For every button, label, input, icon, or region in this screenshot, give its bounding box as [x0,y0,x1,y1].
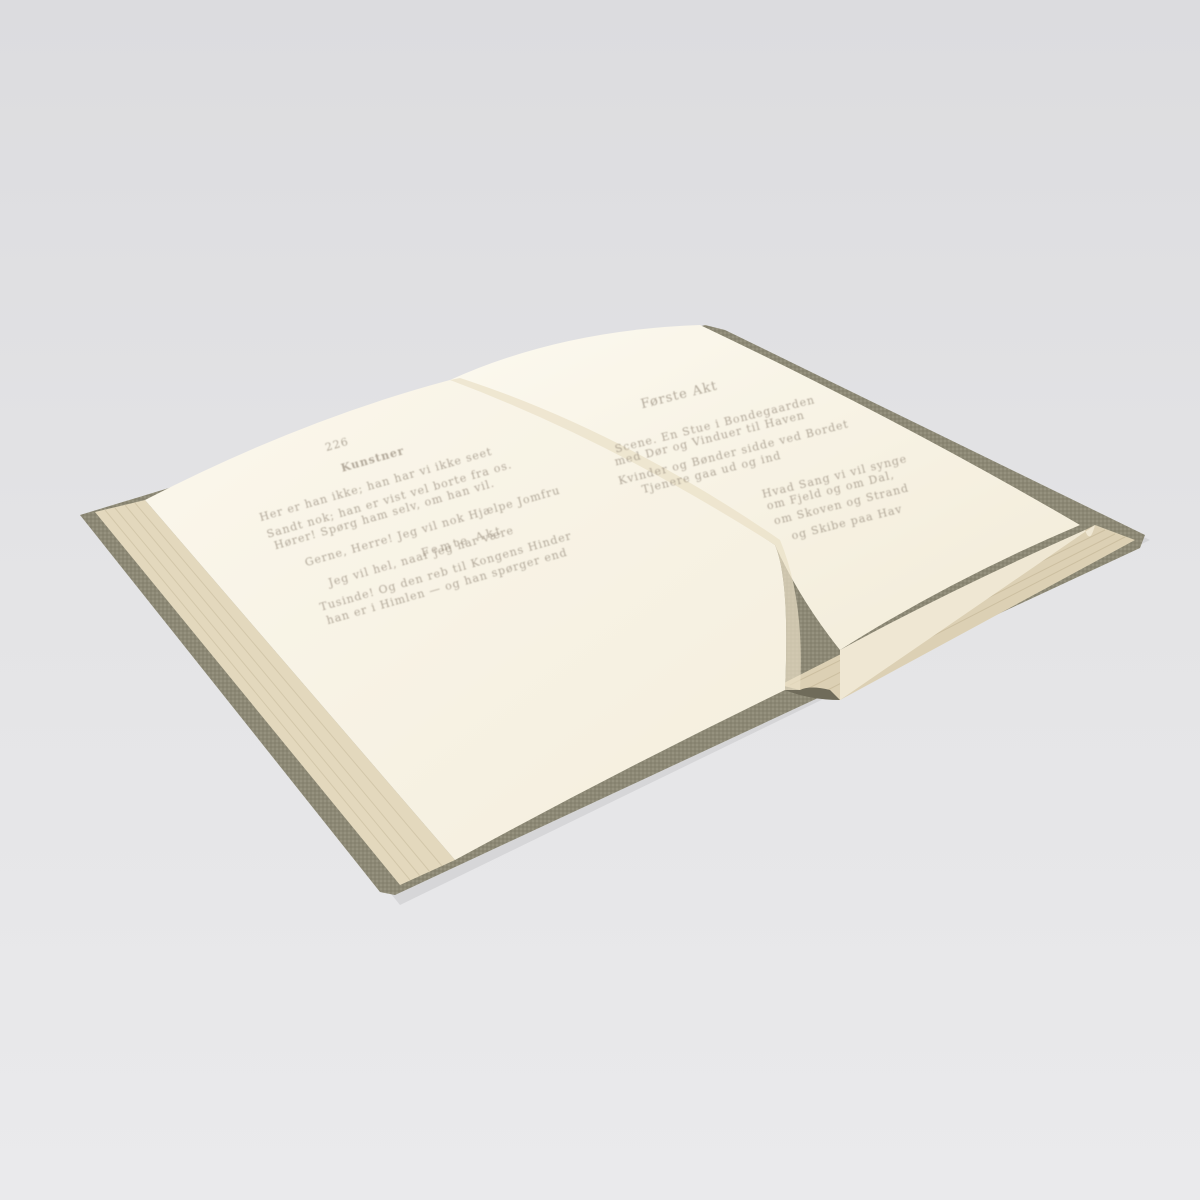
book-illustration [0,0,1200,1200]
book-photo-scene: 226 Kunstner Her er han ikke; han har vi… [0,0,1200,1200]
